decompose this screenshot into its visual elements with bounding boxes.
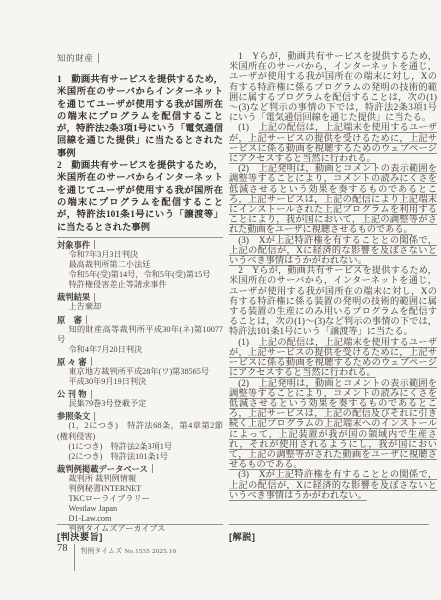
paragraph-number: (1) — [238, 337, 258, 347]
case-info-item: 令和7年3月3日判決 — [57, 250, 223, 260]
summary-section-heading: [判決要旨] — [57, 524, 223, 543]
page-footer: 78 判例タイムズ No.1535 2025.10 — [57, 543, 176, 571]
paragraph-number: (3) — [238, 469, 259, 479]
case-info-label-row: 裁判例掲載データベース — [57, 464, 223, 474]
summary-paragraph: 1Yらが，動画共有サービスを提供するため，米国所在のサーバから，インターネットを… — [229, 51, 437, 122]
label-divider — [91, 357, 92, 366]
case-info-item: TKCローライブラリー — [57, 494, 223, 504]
page-number: 78 — [57, 543, 68, 555]
summary-heading-label: [判決要旨] — [57, 532, 103, 542]
case-info-item: 上告棄却 — [57, 302, 223, 312]
case-info-label: 原 審 — [57, 315, 82, 325]
case-info-item: 令和5年(受)第14号，令和5年(受)第15号 — [57, 270, 223, 280]
headnote: 2動画共有サービスを提供するため，米国所在のサーバからインターネットを通じてユー… — [57, 160, 223, 234]
summary-paragraph: (1)上記の配信は，上記端末を使用するユーザが，上記サービスの提供を受けるために… — [229, 337, 437, 378]
journal-issue-label: 判例タイムズ No.1535 2025.10 — [81, 545, 177, 555]
case-info-label-row: 原 々 審 — [57, 357, 223, 367]
case-info-item: (1，2につき) 特許法68条，第4章第2節(権利侵害) — [57, 421, 223, 441]
case-info-items: 知的財産高等裁判所平成30年(ネ)第10077号令和4年7月20日判決 — [57, 325, 223, 355]
case-info-label: 参照条文 — [57, 411, 90, 421]
summary-paragraph: 2Yらが，動画共有サービスを提供するため，米国所在のサーバから，インターネットを… — [229, 265, 437, 336]
summary-paragraph: (2)上記発明は，動画とコメントの表示範囲を調整等することにより，コメントの読み… — [229, 163, 437, 234]
paragraph-body: 上記発明は，動画とコメントの表示範囲を調整等することにより，コメントの読みにくさ… — [229, 163, 437, 234]
case-info-top-rule — [57, 237, 223, 238]
case-info-item: 判例秘書INTERNET — [57, 484, 223, 494]
headnote-list: 1動画共有サービスを提供するため，米国所在のサーバからインターネットを通じてユー… — [57, 74, 223, 234]
label-divider — [94, 240, 95, 249]
case-info-items: 民集79巻3号登載予定 — [57, 399, 223, 409]
paragraph-number: 2 — [238, 265, 252, 275]
left-column: 1動画共有サービスを提供するため，米国所在のサーバからインターネットを通じてユー… — [57, 74, 223, 534]
case-info-items: 令和7年3月3日判決最高裁判所第二小法廷令和5年(受)第14号，令和5年(受)第… — [57, 250, 223, 290]
label-divider — [86, 315, 87, 324]
label-divider — [94, 412, 95, 421]
footer-divider — [74, 544, 75, 571]
journal-page: 知的財産 1動画共有サービスを提供するため，米国所在のサーバからインターネットを… — [0, 0, 441, 600]
case-info-item: 東京地方裁判所平成28年(ワ)第38565号 — [57, 367, 223, 377]
paragraph-body: 上記の配信は，上記端末を使用するユーザが，上記サービスの提供を受けるために，上記… — [229, 337, 437, 378]
paragraph-body: Xが上記特許権を有することとの関係で，上記の配信が，Xに経済的な影響を及ぼさない… — [229, 235, 437, 265]
case-info-item: Westlaw Japan — [57, 504, 223, 514]
case-info-section: 原 々 審 東京地方裁判所平成28年(ワ)第38565号平成30年9月19日判決 — [57, 357, 223, 387]
headnote-number: 1 — [57, 75, 71, 85]
category-label: 知的財産 — [57, 52, 93, 64]
case-info-item: 平成30年9月19日判決 — [57, 377, 223, 387]
case-info-label: 裁判結果 — [57, 292, 90, 302]
headnote-number: 2 — [57, 161, 71, 171]
case-info-items: 東京地方裁判所平成28年(ワ)第38565号平成30年9月19日判決 — [57, 367, 223, 387]
case-info-item: 特許権侵害差止等請求事件 — [57, 280, 223, 290]
summary-paragraphs: 1Yらが，動画共有サービスを提供するため，米国所在のサーバから，インターネットを… — [229, 51, 437, 500]
case-info-section: 公 刊 物 民集79巻3号登載予定 — [57, 389, 223, 409]
paragraph-number: (1) — [238, 122, 258, 132]
case-info-label-row: 対象事件 — [57, 240, 223, 250]
case-info-label-row: 原 審 — [57, 315, 223, 325]
case-info-item: 民集79巻3号登載予定 — [57, 399, 223, 409]
category-divider — [98, 53, 99, 63]
paragraph-number: (3) — [238, 235, 259, 245]
paragraph-number: 1 — [238, 51, 252, 61]
paragraph-body: Yらが，動画共有サービスを提供するため，米国所在のサーバから，インターネットを通… — [229, 51, 437, 122]
category-header: 知的財産 — [57, 52, 99, 64]
label-divider — [91, 390, 92, 399]
case-info-item: (2につき) 特許法101条1号 — [57, 452, 223, 462]
case-info-section: 参照条文 (1，2につき) 特許法68条，第4章第2節(権利侵害)(1につき) … — [57, 411, 223, 461]
case-info-label-row: 裁判結果 — [57, 292, 223, 302]
paragraph-body: 上記発明は，動画とコメントの表示範囲を調整等することにより，コメントの読みにくさ… — [229, 378, 437, 470]
commentary-section-heading: [解説] — [229, 524, 429, 543]
case-info-section: 原 審 知的財産高等裁判所平成30年(ネ)第10077号令和4年7月20日判決 — [57, 315, 223, 355]
paragraph-body: Xが上記特許権を有することとの関係で，上記の配信が，Xに経済的な影響を及ぼさない… — [229, 469, 437, 499]
label-divider — [152, 464, 153, 473]
summary-paragraph: (2)上記発明は，動画とコメントの表示範囲を調整等することにより，コメントの読み… — [229, 378, 437, 470]
headnote: 1動画共有サービスを提供するため，米国所在のサーバからインターネットを通じてユー… — [57, 74, 223, 160]
headnote-text: 動画共有サービスを提供するため，米国所在のサーバからインターネットを通じてユーザ… — [57, 75, 223, 159]
case-info-section: 裁判結果 上告棄却 — [57, 292, 223, 312]
case-info-label: 裁判例掲載データベース — [57, 464, 148, 474]
case-info-label: 公 刊 物 — [57, 389, 87, 399]
case-info-label: 対象事件 — [57, 240, 90, 250]
case-info-items: 上告棄却 — [57, 302, 223, 312]
paragraph-number: (2) — [238, 378, 258, 388]
paragraph-body: Yらが，動画共有サービスを提供するため，米国所在のサーバから，インターネットを通… — [229, 265, 437, 336]
case-info-items: (1，2につき) 特許法68条，第4章第2節(権利侵害)(1につき) 特許法2条… — [57, 421, 223, 461]
case-info-label-row: 参照条文 — [57, 411, 223, 421]
case-info-list: 対象事件 令和7年3月3日判決最高裁判所第二小法廷令和5年(受)第14号，令和5… — [57, 240, 223, 535]
case-info-item: 裁判所 裁判例情報 — [57, 474, 223, 484]
summary-paragraph: (1)上記の配信は，上記端末を使用するユーザが，上記サービスの提供を受けるために… — [229, 122, 437, 163]
case-info-item: 令和4年7月20日判決 — [57, 345, 223, 355]
case-info-label: 原 々 審 — [57, 357, 87, 367]
paragraph-number: (2) — [238, 163, 258, 173]
summary-paragraph: (3)Xが上記特許権を有することとの関係で，上記の配信が，Xに経済的な影響を及ぼ… — [229, 469, 437, 500]
headnote-text: 動画共有サービスを提供するため，米国所在のサーバからインターネットを通じてユーザ… — [57, 161, 223, 232]
case-info-section: 対象事件 令和7年3月3日判決最高裁判所第二小法廷令和5年(受)第14号，令和5… — [57, 240, 223, 290]
case-info-item: 最高裁判所第二小法廷 — [57, 260, 223, 270]
paragraph-body: 上記の配信は，上記端末を使用するユーザが，上記サービスの提供を受けるために，上記… — [229, 122, 437, 163]
case-info-label-row: 公 刊 物 — [57, 389, 223, 399]
case-info-item: D1-Law.com — [57, 514, 223, 524]
case-info-item: (1につき) 特許法2条3項1号 — [57, 442, 223, 452]
commentary-heading-label: [解説] — [229, 532, 256, 542]
label-divider — [94, 293, 95, 302]
right-column: 1Yらが，動画共有サービスを提供するため，米国所在のサーバから，インターネットを… — [229, 51, 437, 500]
summary-paragraph: (3)Xが上記特許権を有することとの関係で，上記の配信が，Xに経済的な影響を及ぼ… — [229, 235, 437, 266]
case-info-item: 知的財産高等裁判所平成30年(ネ)第10077号 — [57, 325, 223, 345]
